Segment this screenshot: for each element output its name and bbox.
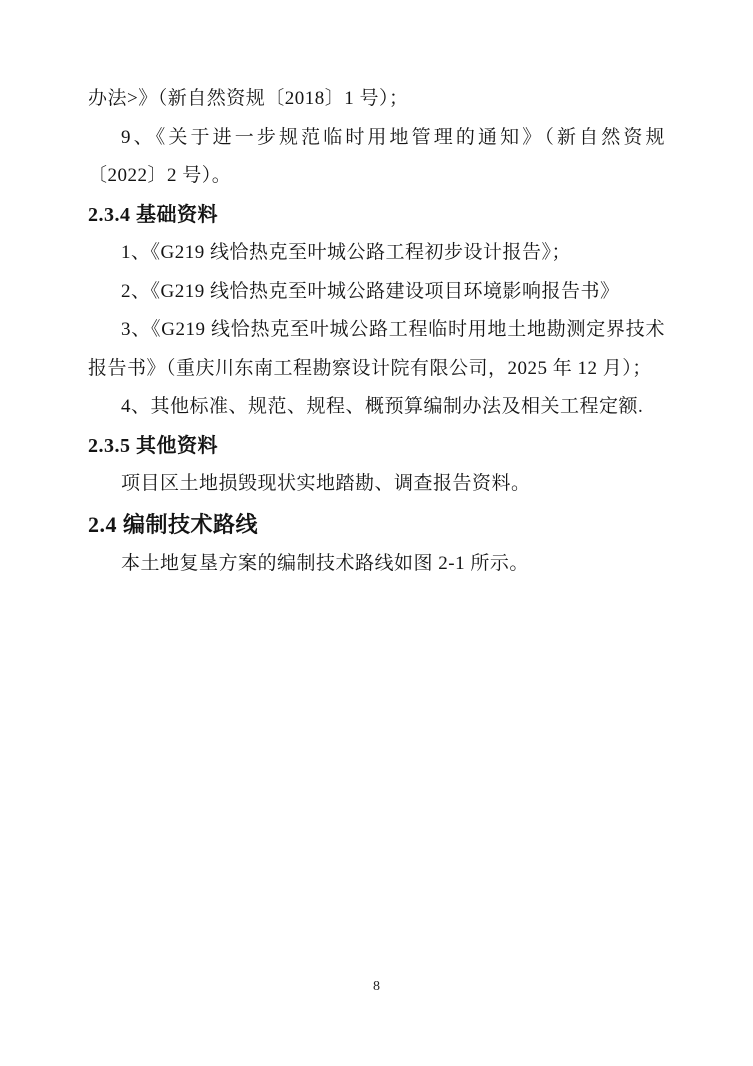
page-number: 8 [373,979,380,994]
list-item-9-temporary-land-notice: 9、《关于进一步规范临时用地管理的通知》（新自然资规〔2022〕2 号）。 [88,119,665,196]
page-content: 办法>》（新自然资规〔2018〕1 号）； 9、《关于进一步规范临时用地管理的通… [88,80,665,583]
list-item-4-other-standards: 4、其他标准、规范、规程、概预算编制办法及相关工程定额. [88,388,665,427]
list-item-1-preliminary-design-report: 1、《G219 线恰热克至叶城公路工程初步设计报告》； [88,234,665,273]
list-item-2-environmental-impact-report: 2、《G219 线恰热克至叶城公路建设项目环境影响报告书》 [88,273,665,312]
paragraph-continuation-regulation-2018: 办法>》（新自然资规〔2018〕1 号）； [88,80,665,119]
heading-2-3-4-basic-materials: 2.3.4 基础资料 [88,196,665,235]
paragraph-site-survey-materials: 项目区土地损毁现状实地踏勘、调查报告资料。 [88,465,665,504]
document-page: 办法>》（新自然资规〔2018〕1 号）； 9、《关于进一步规范临时用地管理的通… [0,0,753,1066]
list-item-3-survey-boundary-report: 3、《G219 线恰热克至叶城公路工程临时用地土地勘测定界技术报告书》（重庆川东… [88,311,665,388]
page-footer: 8 [88,977,665,995]
heading-2-4-technical-route: 2.4 编制技术路线 [88,504,665,545]
heading-2-3-5-other-materials: 2.3.5 其他资料 [88,427,665,466]
paragraph-technical-route-figure-reference: 本土地复垦方案的编制技术路线如图 2-1 所示。 [88,545,665,584]
